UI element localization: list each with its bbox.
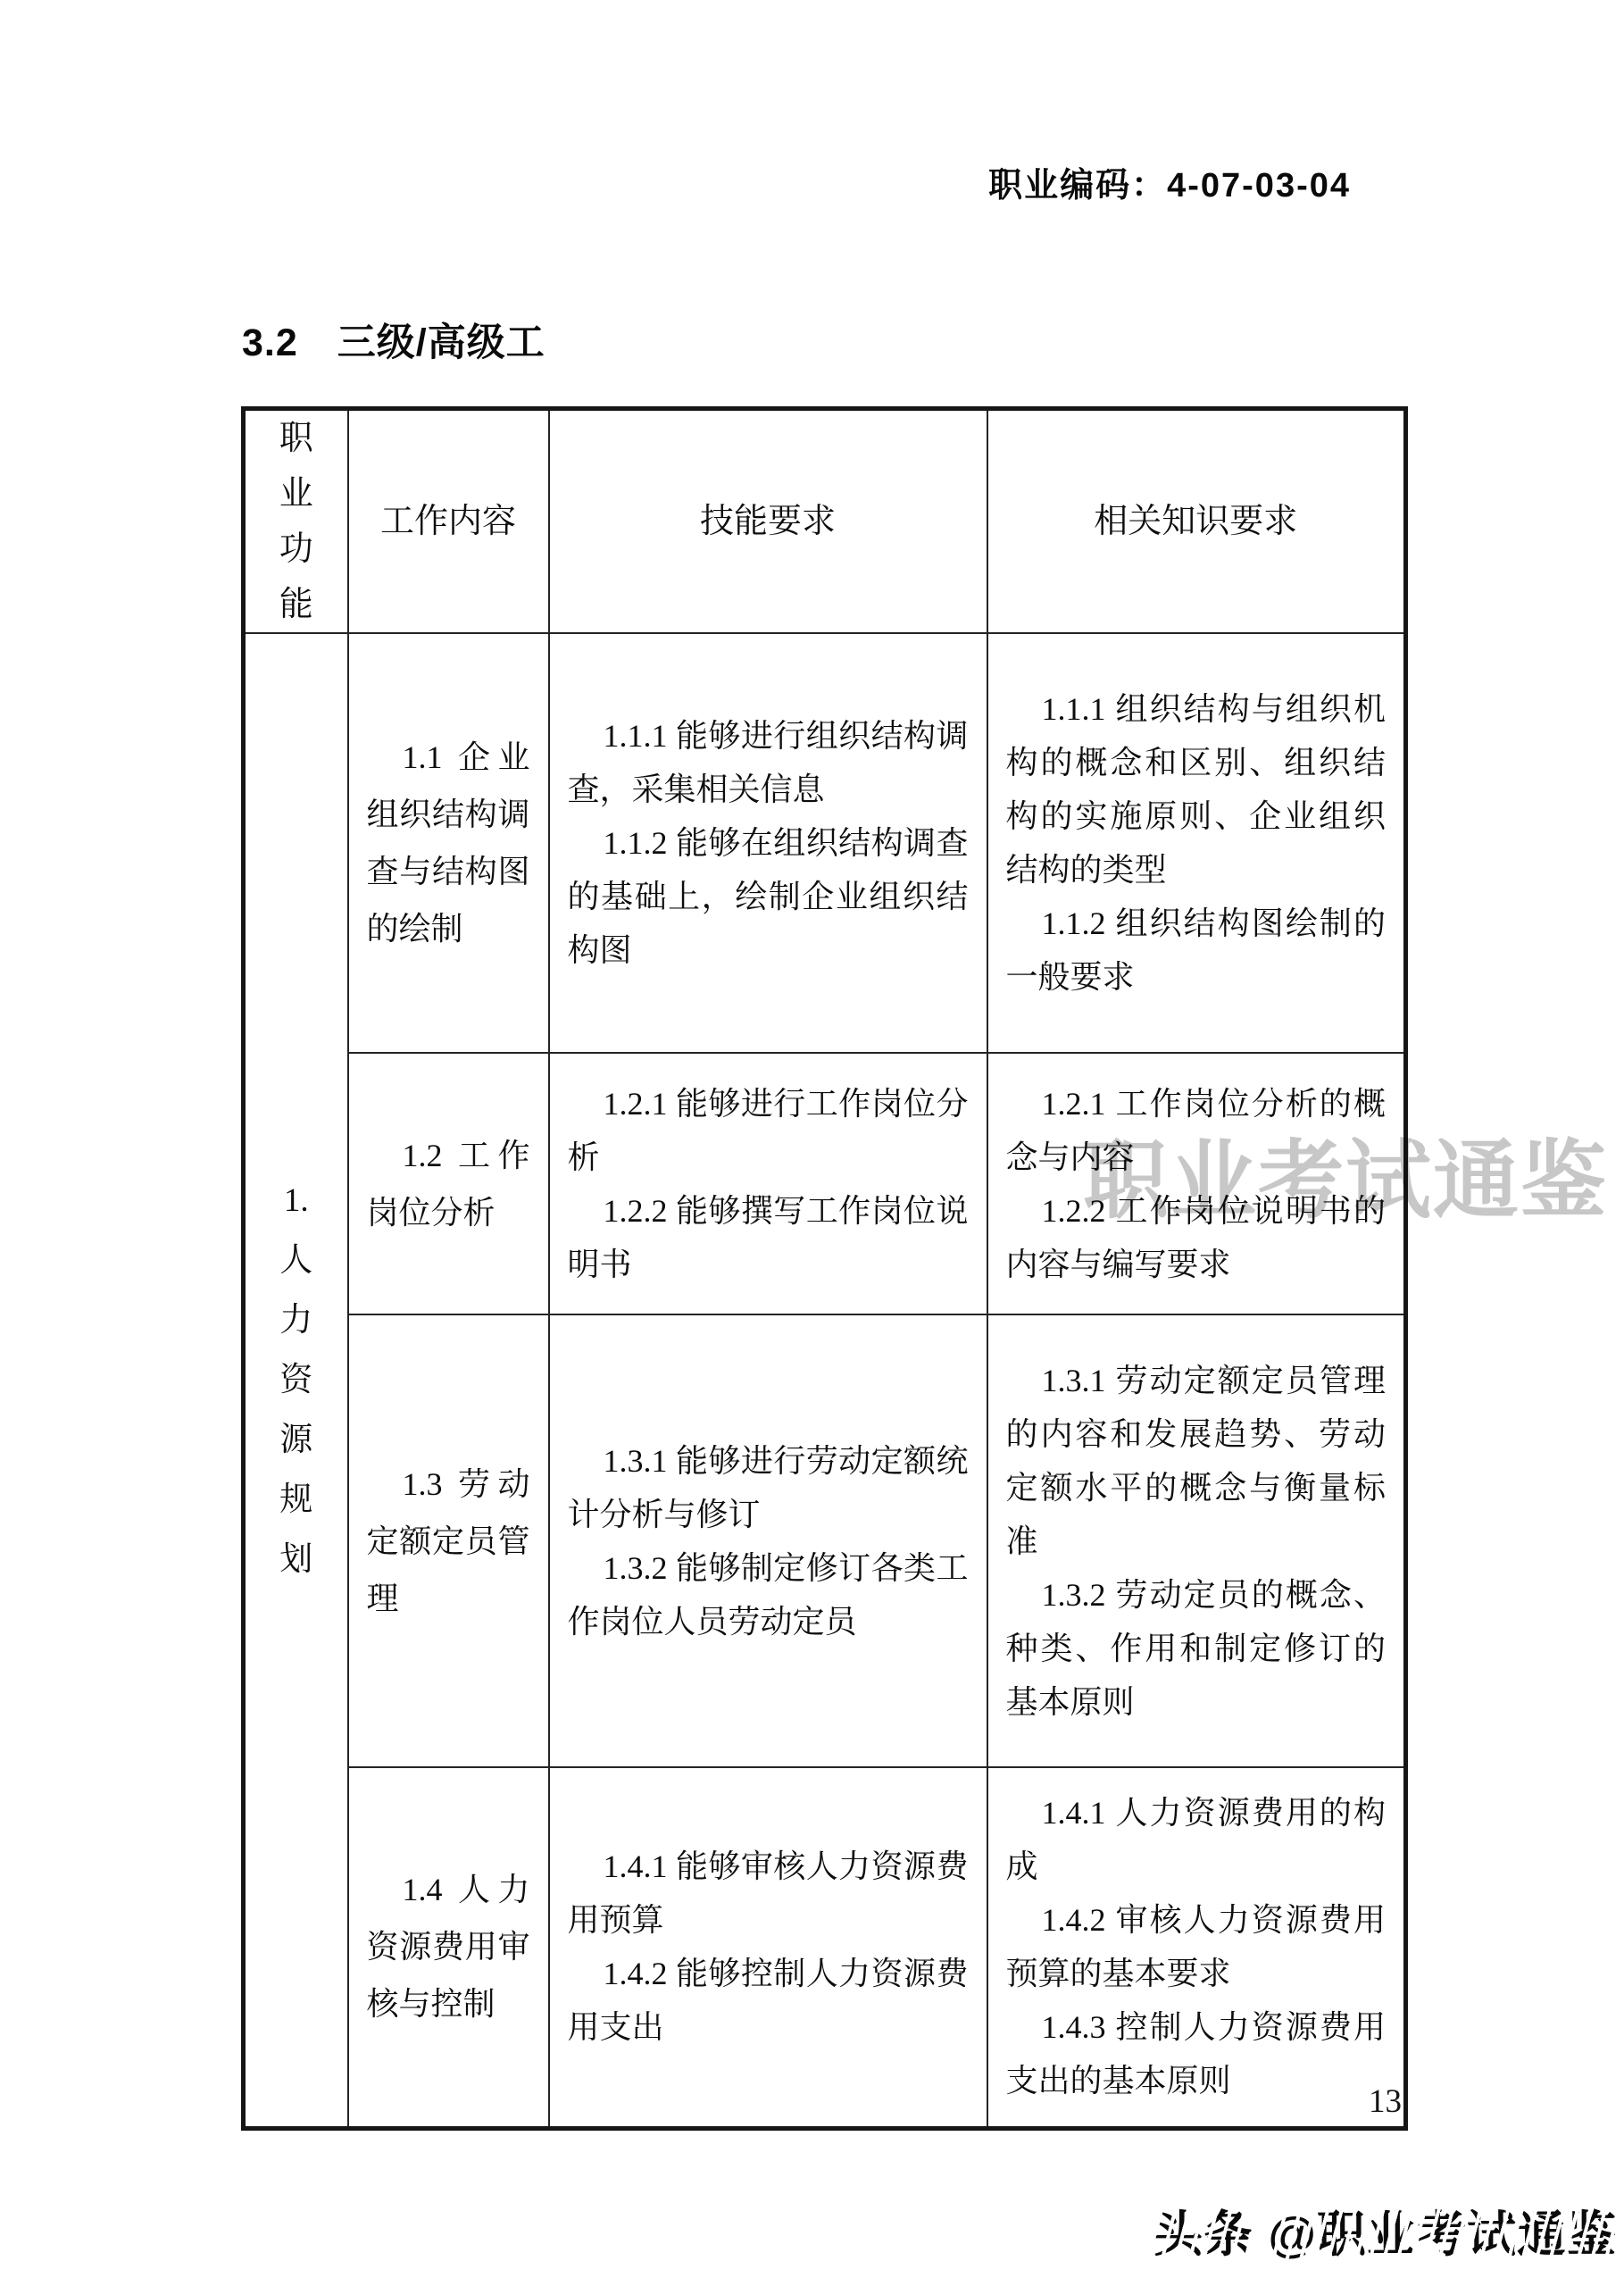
table-row: 1.4 人力资源费用审核与控制 1.4.1 能够审核人力资源费用预算 1.4.2… [244, 1767, 1406, 2128]
skill-requirements-cell: 1.3.1 能够进行劳动定额统计分析与修订 1.3.2 能够制定修订各类工作岗位… [549, 1314, 987, 1767]
skill-item: 1.1.1 能够进行组织结构调查，采集相关信息 [568, 709, 969, 816]
work-content-cell: 1.2 工作岗位分析 [348, 1053, 549, 1314]
knowledge-requirements-cell: 1.2.1 工作岗位分析的概念与内容 1.2.2 工作岗位说明书的内容与编写要求 [987, 1053, 1406, 1314]
knowledge-item: 1.2.1 工作岗位分析的概念与内容 [1006, 1077, 1387, 1184]
knowledge-requirements-cell: 1.4.1 人力资源费用的构成 1.4.2 审核人力资源费用预算的基本要求 1.… [987, 1767, 1406, 2128]
table-row: 1.3 劳动定额定员管理 1.3.1 能够进行劳动定额统计分析与修订 1.3.2… [244, 1314, 1406, 1767]
work-content-text: 1.4 人力资源费用审核与控制 [367, 1861, 530, 2032]
skill-requirements-cell: 1.1.1 能够进行组织结构调查，采集相关信息 1.1.2 能够在组织结构调查的… [549, 633, 987, 1053]
col-header-knowledge-requirements: 相关知识要求 [987, 409, 1406, 634]
table-row: 1.2 工作岗位分析 1.2.1 能够进行工作岗位分析 1.2.2 能够撰写工作… [244, 1053, 1406, 1314]
work-content-cell: 1.1 企业组织结构调查与结构图的绘制 [348, 633, 549, 1053]
credit-watermark: 头条 @职业考试通鉴 [1153, 2195, 1617, 2265]
knowledge-requirements-cell: 1.3.1 劳动定额定员管理的内容和发展趋势、劳动定额水平的概念与衡量标准 1.… [987, 1314, 1406, 1767]
section-heading: 3.2 三级/高级工 [242, 313, 545, 367]
skill-item: 1.3.2 能够制定修订各类工作岗位人员劳动定员 [568, 1541, 969, 1648]
col-header-skill-requirements: 技能要求 [549, 409, 987, 634]
work-content-cell: 1.3 劳动定额定员管理 [348, 1314, 549, 1767]
function-char: 资 [263, 1350, 329, 1410]
knowledge-item: 1.1.1 组织结构与组织机构的概念和区别、组织结构的实施原则、企业组织结构的类… [1006, 682, 1387, 897]
function-char: 力 [263, 1290, 329, 1350]
skill-item: 1.3.1 能够进行劳动定额统计分析与修订 [568, 1434, 969, 1541]
work-content-cell: 1.4 人力资源费用审核与控制 [348, 1767, 549, 2128]
page-number: 13 [1321, 2082, 1402, 2121]
function-cell: 1. 人 力 资 源 规 划 [244, 633, 348, 2128]
function-char: 人 [263, 1231, 329, 1290]
work-content-text: 1.2 工作岗位分析 [367, 1127, 530, 1241]
skill-item: 1.2.1 能够进行工作岗位分析 [568, 1077, 969, 1184]
table-row: 1. 人 力 资 源 规 划 1.1 企业组织结构调查与结构图的绘制 1.1.1… [244, 633, 1406, 1053]
skill-requirements-cell: 1.2.1 能够进行工作岗位分析 1.2.2 能够撰写工作岗位说明书 [549, 1053, 987, 1314]
knowledge-item: 1.4.2 审核人力资源费用预算的基本要求 [1006, 1893, 1387, 2000]
knowledge-item: 1.4.1 人力资源费用的构成 [1006, 1786, 1387, 1893]
skill-requirements-cell: 1.4.1 能够审核人力资源费用预算 1.4.2 能够控制人力资源费用支出 [549, 1767, 987, 2128]
skill-item: 1.2.2 能够撰写工作岗位说明书 [568, 1184, 969, 1291]
function-char: 源 [263, 1410, 329, 1470]
skill-item: 1.4.1 能够审核人力资源费用预算 [568, 1840, 969, 1947]
skill-item: 1.1.2 能够在组织结构调查的基础上，绘制企业组织结构图 [568, 816, 969, 977]
skill-item: 1.4.2 能够控制人力资源费用支出 [568, 1947, 969, 2054]
function-char: 划 [263, 1530, 329, 1590]
knowledge-item: 1.3.1 劳动定额定员管理的内容和发展趋势、劳动定额水平的概念与衡量标准 [1006, 1354, 1387, 1568]
knowledge-item: 1.3.2 劳动定员的概念、种类、作用和制定修订的基本原则 [1006, 1568, 1387, 1729]
work-content-text: 1.1 企业组织结构调查与结构图的绘制 [367, 729, 530, 957]
occupation-code: 职业编码：4-07-03-04 [988, 157, 1351, 206]
document-page: 职业编码：4-07-03-04 3.2 三级/高级工 职业功能 工作内容 技能要… [0, 0, 1624, 2278]
col-header-function: 职业功能 [244, 409, 348, 634]
work-content-text: 1.3 劳动定额定员管理 [367, 1456, 530, 1627]
knowledge-item: 1.1.2 组织结构图绘制的一般要求 [1006, 897, 1387, 1004]
skill-requirements-table: 职业功能 工作内容 技能要求 相关知识要求 1. 人 力 资 源 规 划 1.1… [241, 406, 1408, 2131]
knowledge-requirements-cell: 1.1.1 组织结构与组织机构的概念和区别、组织结构的实施原则、企业组织结构的类… [987, 633, 1406, 1053]
function-char: 规 [263, 1470, 329, 1530]
table-header-row: 职业功能 工作内容 技能要求 相关知识要求 [244, 409, 1406, 634]
function-label: 1. 人 力 资 源 规 划 [263, 1171, 329, 1590]
function-number: 1. [263, 1171, 329, 1231]
knowledge-item: 1.2.2 工作岗位说明书的内容与编写要求 [1006, 1184, 1387, 1291]
col-header-work-content: 工作内容 [348, 409, 549, 634]
